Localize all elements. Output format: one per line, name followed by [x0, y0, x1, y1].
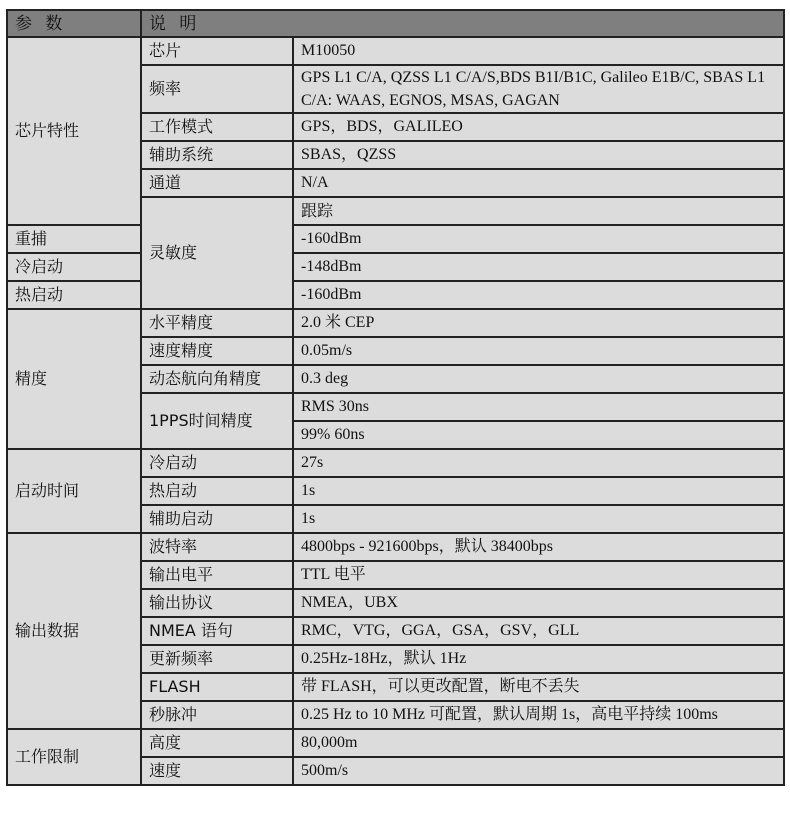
value-cell: 27s	[293, 449, 784, 477]
table-row: 输出数据 波特率 4800bps - 921600bps，默认 38400bps	[7, 533, 784, 561]
category-cell: 灵敏度	[141, 197, 293, 309]
table-row: 精度 水平精度 2.0 米 CEP	[7, 309, 784, 337]
param-cell: 动态航向角精度	[141, 365, 293, 393]
param-cell: 芯片	[141, 37, 293, 65]
category-cell: 精度	[7, 309, 141, 449]
param-cell: 冷启动	[141, 449, 293, 477]
category-cell: 启动时间	[7, 449, 141, 533]
param-cell: 波特率	[141, 533, 293, 561]
value-cell: TTL 电平	[293, 561, 784, 589]
param-cell: 冷启动	[7, 253, 141, 281]
param-cell: 输出协议	[141, 589, 293, 617]
param-cell: 辅助系统	[141, 141, 293, 169]
table-row: 启动时间 冷启动 27s	[7, 449, 784, 477]
value-cell: 0.05m/s	[293, 337, 784, 365]
param-cell: 速度	[141, 757, 293, 785]
value-cell: 2.0 米 CEP	[293, 309, 784, 337]
param-cell: 热启动	[141, 477, 293, 505]
param-cell: 辅助启动	[141, 505, 293, 533]
param-cell: 频率	[141, 65, 293, 113]
category-cell: 芯片特性	[7, 37, 141, 225]
param-cell: 秒脉冲	[141, 701, 293, 729]
header-param: 参 数	[7, 10, 141, 37]
value-cell: 500m/s	[293, 757, 784, 785]
value-cell: 0.3 deg	[293, 365, 784, 393]
param-cell: 跟踪	[293, 197, 784, 225]
value-cell: SBAS，QZSS	[293, 141, 784, 169]
category-cell: 工作限制	[7, 729, 141, 785]
param-cell: 通道	[141, 169, 293, 197]
table-row: 重捕 -160dBm	[7, 225, 784, 253]
param-cell: FLASH	[141, 673, 293, 701]
spec-table: 参 数 说 明 芯片特性 芯片 M10050 频率 GPS L1 C/A, QZ…	[6, 9, 785, 786]
value-cell: 1s	[293, 477, 784, 505]
table-row: 冷启动 -148dBm	[7, 253, 784, 281]
value-cell: 0.25 Hz to 10 MHz 可配置，默认周期 1s，高电平持续 100m…	[293, 701, 784, 729]
value-cell: NMEA，UBX	[293, 589, 784, 617]
value-cell: 99% 60ns	[293, 421, 784, 449]
param-cell: 重捕	[7, 225, 141, 253]
param-cell: 1PPS时间精度	[141, 393, 293, 449]
table-row: 工作限制 高度 80,000m	[7, 729, 784, 757]
value-cell: 0.25Hz-18Hz，默认 1Hz	[293, 645, 784, 673]
value-cell: RMC，VTG，GGA，GSA，GSV，GLL	[293, 617, 784, 645]
value-cell: -148dBm	[293, 253, 784, 281]
value-cell: 带 FLASH，可以更改配置，断电不丢失	[293, 673, 784, 701]
param-cell: NMEA 语句	[141, 617, 293, 645]
param-cell: 速度精度	[141, 337, 293, 365]
value-cell: M10050	[293, 37, 784, 65]
table-header-row: 参 数 说 明	[7, 10, 784, 37]
value-cell: -160dBm	[293, 225, 784, 253]
value-cell: N/A	[293, 169, 784, 197]
value-cell: 1s	[293, 505, 784, 533]
value-cell: -160dBm	[293, 281, 784, 309]
param-cell: 输出电平	[141, 561, 293, 589]
category-cell: 输出数据	[7, 533, 141, 729]
value-cell: GPS L1 C/A, QZSS L1 C/A/S,BDS B1I/B1C, G…	[293, 65, 784, 113]
value-cell: RMS 30ns	[293, 393, 784, 421]
value-cell: GPS，BDS，GALILEO	[293, 113, 784, 141]
value-cell: 4800bps - 921600bps，默认 38400bps	[293, 533, 784, 561]
table-row: 热启动 -160dBm	[7, 281, 784, 309]
value-cell: 80,000m	[293, 729, 784, 757]
param-cell: 水平精度	[141, 309, 293, 337]
header-desc: 说 明	[141, 10, 784, 37]
param-cell: 高度	[141, 729, 293, 757]
param-cell: 热启动	[7, 281, 141, 309]
param-cell: 工作模式	[141, 113, 293, 141]
table-row: 芯片特性 芯片 M10050	[7, 37, 784, 65]
param-cell: 更新频率	[141, 645, 293, 673]
